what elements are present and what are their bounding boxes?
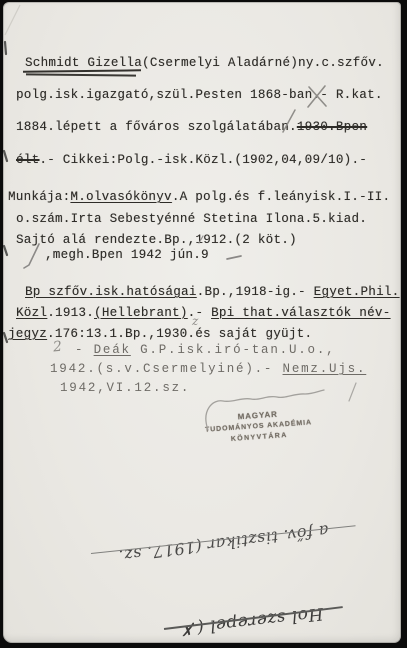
- struck-dash: -: [320, 88, 328, 102]
- handwritten-note-bottom: Hol szerepel (✗: [152, 590, 352, 642]
- faint-text: G.P.isk.iró-tan.U.o.,: [131, 343, 336, 357]
- works-label: Munkája:: [8, 190, 70, 204]
- death-line: ,megh.Bpen 1942 jún.9: [45, 248, 209, 263]
- sources-line-2: Közl.1913.(Hellebrant).- Bpi that.válasz…: [16, 306, 391, 321]
- crossed-out-word: élt: [16, 153, 39, 167]
- source-text: .Bp.,1918-ig.-: [197, 285, 314, 299]
- faint-line-3: 1942,VI.12.sz.: [60, 381, 190, 396]
- sources-line-1: Bp szfőv.isk.hatóságai.Bp.,1918-ig.- Egy…: [25, 285, 400, 300]
- pencil-margin-mark: 2: [52, 339, 63, 356]
- library-stamp: MAGYAR TUDOMÁNYOS AKADÉMIA KÖNYVTÁRA: [185, 405, 332, 448]
- source-ref-4: (Hellebrant): [94, 306, 188, 320]
- source-ref-deak: Deák: [94, 343, 131, 357]
- source-ref-3: Közl: [16, 306, 47, 320]
- source-text: .176:13.1.Bp.,1930.és saját gyüjt.: [47, 327, 312, 341]
- faint-line-1: - Deák G.P.isk.iró-tan.U.o.,: [75, 343, 335, 358]
- typed-line-1: Schmidt Gizella(Csermelyi Aladárné)ny.c.…: [25, 56, 384, 71]
- person-name: Schmidt Gizella: [25, 56, 142, 70]
- source-ref-1: Bp szfőv.isk.hatóságai: [25, 285, 197, 299]
- works-line-2: o.szám.Irta Sebestyénné Stetina Ilona.5.…: [16, 212, 367, 227]
- crossed-out-text: 1930.Bpen: [297, 120, 367, 134]
- work-subtitle: .A polg.és f.leányisk.I.-II.: [172, 190, 390, 204]
- source-ref-5: Bpi that.választók név-: [211, 306, 390, 320]
- work-title: M.olvasókönyv: [70, 190, 171, 204]
- typed-line-4: élt.- Cikkei:Polg.-isk.Közl.(1902,04,09/…: [16, 153, 367, 168]
- faint-text: 1942.(s.v.Csermelyiné).-: [50, 362, 283, 376]
- typed-line-3: 1884.lépett a főváros szolgálatában.1930…: [16, 120, 367, 135]
- source-text: .1913.: [47, 306, 94, 320]
- corner-crease: [5, 5, 20, 35]
- catalog-card: Schmidt Gizella(Csermelyi Aladárné)ny.c.…: [3, 2, 401, 643]
- source-ref-6: jegyz: [8, 327, 47, 341]
- source-ref-2: Egyet.Phil.: [314, 285, 400, 299]
- bio-text: polg.isk.igazgató,szül.Pesten 1868-ban.: [16, 88, 320, 102]
- pencil-dash-icon: [227, 256, 241, 259]
- works-line-3: Sajtó alá rendezte.Bp.,1912.(2 köt.): [16, 233, 297, 248]
- edge-tick-marks: [4, 42, 7, 342]
- typed-line-2: polg.isk.igazgató,szül.Pesten 1868-ban.-…: [16, 88, 383, 103]
- articles-text: .- Cikkei:Polg.-isk.Közl.(1902,04,09/10)…: [39, 153, 367, 167]
- pencil-insert-mark: z: [192, 314, 198, 328]
- career-text: 1884.lépett a főváros szolgálatában.: [16, 120, 297, 134]
- works-line-1: Munkája:M.olvasókönyv.A polg.és f.leányi…: [8, 190, 390, 205]
- faint-line-2: 1942.(s.v.Csermelyiné).- Nemz.Ujs.: [50, 362, 366, 377]
- source-ref-nemz: Nemz.Ujs.: [283, 362, 367, 376]
- faint-text: -: [75, 343, 94, 357]
- religion-text: R.kat.: [328, 88, 383, 102]
- name-titles: (Csermelyi Aladárné)ny.c.szfőv.: [142, 56, 384, 70]
- apostrophe-stroke-icon: [349, 383, 356, 401]
